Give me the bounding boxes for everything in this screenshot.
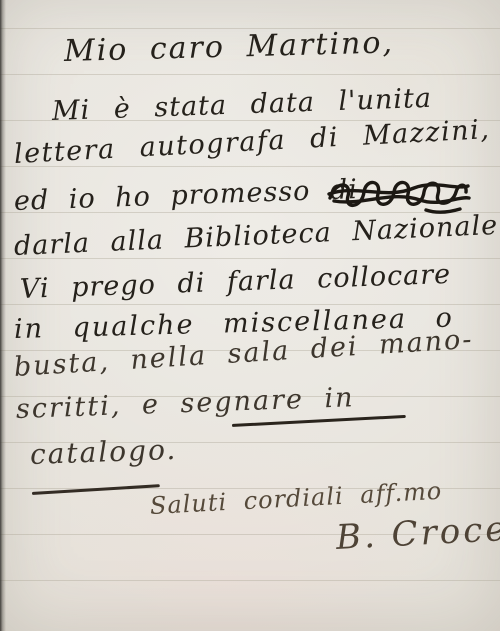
underlined-phrase-segnare-in: segnare in <box>180 382 355 419</box>
salutation: Mio caro Martino, <box>64 25 395 69</box>
body-line-5: Vi prego di farla collocare <box>19 259 451 305</box>
body-line-9-catalogo: catalogo. <box>29 433 177 471</box>
underline-stroke-catalogo <box>32 484 160 495</box>
underline-stroke-segnare-in <box>232 415 406 427</box>
body-line-3: ed io ho promesso di <box>13 174 358 217</box>
body-line-4: darla alla Biblioteca Nazionale. <box>13 209 500 262</box>
closing-salutation: Saluti cordiali aff.mo <box>149 477 443 520</box>
signature-b-croce: B. Croce <box>335 509 500 558</box>
handwritten-letter-photo: Mio caro Martino, Mi è stata data l'unit… <box>0 0 500 631</box>
body-line-8: scritti, e segnare in <box>15 382 355 425</box>
photo-left-edge <box>0 0 6 631</box>
body-line-8-text: scritti, e <box>15 388 181 425</box>
